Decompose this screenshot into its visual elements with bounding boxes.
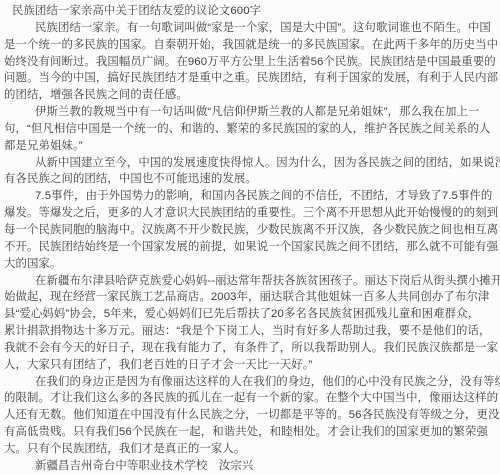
essay-title: 民族团结一家亲高中关于团结友爱的议论文600字 [0, 3, 500, 20]
text-line: 爆发。等爆发之后，更多的人才意识大民族团结的重要性。三个离不开思想从此开始慢慢的… [0, 205, 500, 222]
text-line: 有高低贵贱。只有我们56个民族在一起，和谐共处，和睦相处。才会让我们的国家更加的… [0, 424, 500, 441]
text-line: 问题。当今的中国，搞好民族团结才是重中之重。民族团结，有利于国家的发展，有利于人… [0, 70, 500, 87]
text-line: 在新疆布尔津县哈萨克族爱心妈妈--丽达常年帮扶各族贫困孩子。丽达下岗后从街头撰小… [0, 273, 500, 290]
essay-signature: 新疆昌吉州奇台中等职业技术学校 汝宗兴 [0, 458, 500, 474]
text-line: 县“爱心妈妈”协会，5年来，爱心妈妈们已先后帮扶了20多名各民族贫困孤残儿童和困… [0, 306, 500, 323]
text-line: 在我们的身边正是因为有像丽达这样的人在我们的身边，他们的心中没有民族之分，没有等… [0, 374, 500, 391]
text-line: 人，大家只有团结了，我们老百姓的日子才会一天比一天好。” [0, 357, 500, 374]
text-line: 伊斯兰教的教规当中有一句话叫做“凡信仰伊斯兰教的人都是兄弟姐妹”，那么我在加上一 [0, 104, 500, 121]
text-line: 始终没有间断过。我国幅员广阔。在960万平方公里上生活着56个民族。民族团结是中… [0, 54, 500, 71]
text-line: 有各民族之间的团结，中国也不可能迅速的发展。 [0, 171, 500, 188]
text-line: 累计捐款捐物达十多万元。丽达：“我是个下岗工人，当时有好多人帮助过我，要不是他们… [0, 323, 500, 340]
text-line: 是一个统一的多民族的国家。自秦朝开始，我国就是统一的多民族国家。在此两千多年的历… [0, 37, 500, 54]
text-line: 民族团结一家亲。有一句歌词叫做“家是一个家，国是大中国”。这句歌词谁也不陌生。中… [0, 20, 500, 37]
text-line: 从新中国建立至今，中国的发展速度快得惊人。因为什么，因为各民族之间的团结，如果说… [0, 155, 500, 172]
text-line: 人还有无数。他们知道在中国没有什么民族之分，一切都是平等的。56各民族没有等级之… [0, 407, 500, 424]
text-line: 7.5事件，由于外国势力的影响，和国内各民族之间的不信任，不团结，才导致了7.5… [0, 188, 500, 205]
text-line: 大。只有个民族团结，我们才是真正的一家人。 [0, 441, 500, 458]
text-line: 的限制。才让我们这么多的各民族的孤儿在一起有一个新的家。在整个大中国当中，像丽达… [0, 390, 500, 407]
text-line: 句，“但凡相信中国是一个统一的、和谐的、繁荣的多民族国的家的人，维护各民族之间关… [0, 121, 500, 138]
text-line: 的团结，增强各民族之间的责任感。 [0, 87, 500, 104]
text-line: 我就不会有今天的好日子，现在我有能力了，有条件了，所以我帮助别人。我们民族汉族都… [0, 340, 500, 357]
text-line: 都是兄弟姐妹。” [0, 138, 500, 155]
text-line: 大的国家。 [0, 256, 500, 273]
text-line: 不开。民族团结始终是一个国家发展的前提，如果说一个国家民族之间不团结，那么就不可… [0, 239, 500, 256]
text-line: 始做起，现在经营一家民族工艺品商店。2003年，丽达联合其他姐妹一百多人共同创办… [0, 289, 500, 306]
essay-document: 民族团结一家亲高中关于团结友爱的议论文600字 民族团结一家亲。有一句歌词叫做“… [0, 3, 500, 474]
text-line: 每一个民族同胞的脑海中。汉族离不开少数民族，少数民族离不开汉族，各少数民族之间也… [0, 222, 500, 239]
